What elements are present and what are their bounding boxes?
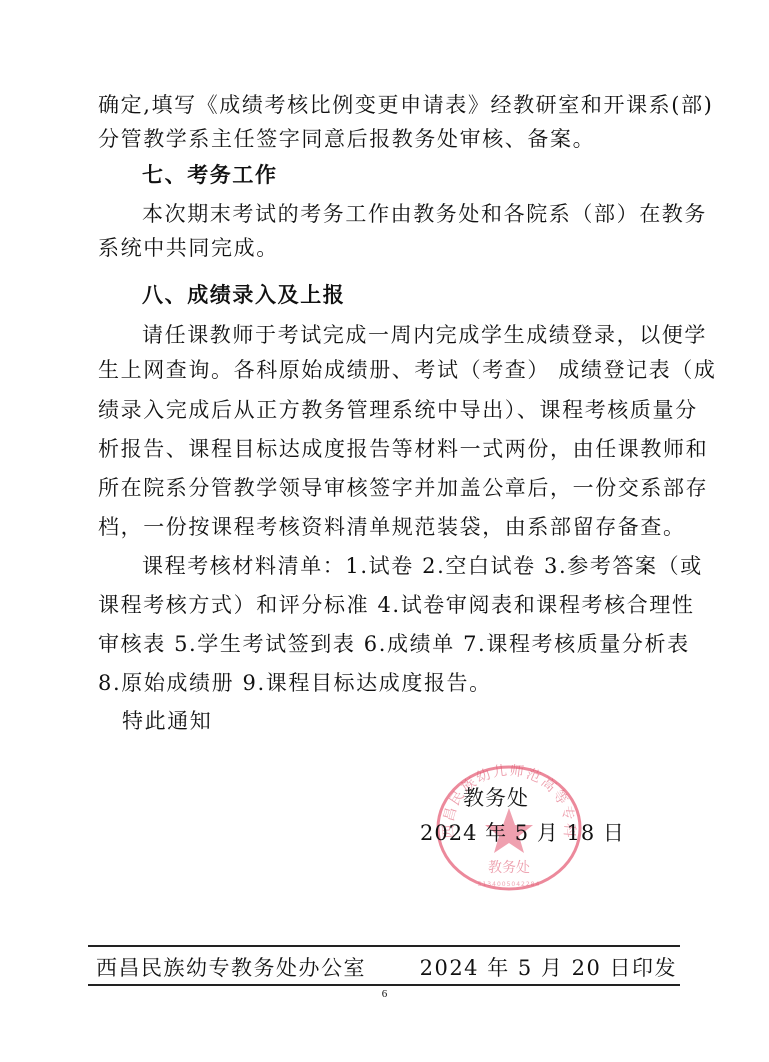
paragraph-line: 本次期末考试的考务工作由教务处和各院系（部）在教务 <box>142 199 678 229</box>
paragraph-line: 所在院系分管教学领导审核签字并加盖公章后，一份交系部存 <box>98 473 678 503</box>
section-heading-8: 八、成绩录入及上报 <box>142 280 678 310</box>
materials-list-line: 课程考核材料清单：1.试卷 2.空白试卷 3.参考答案（或 <box>142 551 678 581</box>
svg-text:5134005042284: 5134005042284 <box>478 881 541 888</box>
paragraph-line: 系统中共同完成。 <box>98 233 678 263</box>
footer-print-date: 2024 年 5 月 20 日印发 <box>420 952 677 982</box>
paragraph-line: 确定,填写《成绩考核比例变更申请表》经教研室和开课系(部) <box>98 90 678 120</box>
paragraph-line: 分管教学系主任签字同意后报教务处审核、备案。 <box>98 124 678 154</box>
section-heading-7: 七、考务工作 <box>142 160 678 190</box>
closing-text: 特此通知 <box>122 706 702 736</box>
materials-list-line: 课程考核方式）和评分标准 4.试卷审阅表和课程考核合理性 <box>98 590 678 620</box>
footer-top-rule <box>88 945 680 947</box>
svg-text:教务处: 教务处 <box>488 859 530 876</box>
paragraph-line: 析报告、课程目标达成度报告等材料一式两份，由任课教师和 <box>98 434 678 464</box>
paragraph-line: 绩录入完成后从正方教务管理系统中导出）、课程考核质量分 <box>98 395 678 425</box>
page-number: 6 <box>0 988 769 1000</box>
paragraph-line: 档，一份按课程考核资料清单规范装袋，由系部留存备查。 <box>98 512 678 542</box>
paragraph-line: 生上网查询。各科原始成绩册、考试（考查） 成绩登记表（成 <box>98 355 678 385</box>
signature-office: 教务处 <box>463 783 529 813</box>
signature-date: 2024 年 5 月 18 日 <box>420 818 625 848</box>
materials-list-line: 8.原始成绩册 9.课程目标达成度报告。 <box>98 668 678 698</box>
footer-bottom-rule <box>88 984 680 986</box>
paragraph-line: 请任课教师于考试完成一周内完成学生成绩登录，以便学 <box>142 320 678 350</box>
footer-issuer: 西昌民族幼专教务处办公室 <box>96 952 366 982</box>
materials-list-line: 审核表 5.学生考试签到表 6.成绩单 7.课程考核质量分析表 <box>98 629 678 659</box>
